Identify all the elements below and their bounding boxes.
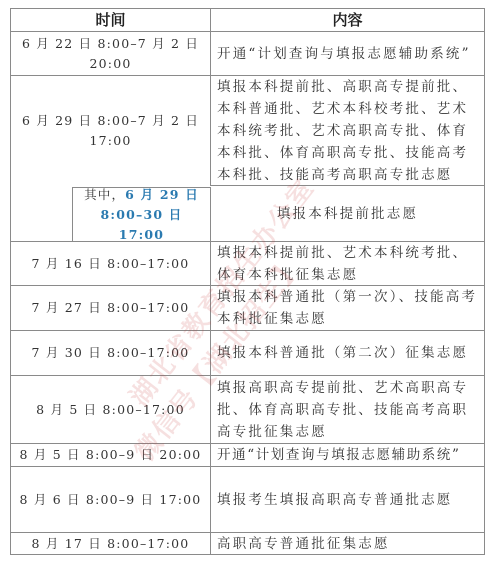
row-time: 8 月 5 日 8:00–17:00 bbox=[11, 376, 210, 443]
row-time: 8 月 6 日 8:00–9 日 17:00 bbox=[11, 467, 210, 532]
table-row: 8 月 6 日 8:00–9 日 17:00 填报考生填报高职高专普通批志愿 bbox=[11, 467, 484, 533]
row-content: 开通“计划查询与填报志愿辅助系统” bbox=[210, 32, 484, 75]
row-content: 开通“计划查询与填报志愿辅助系统” bbox=[210, 444, 484, 466]
row-time: 7 月 16 日 8:00–17:00 bbox=[11, 242, 210, 285]
row-content: 填报本科普通批（第二次）征集志愿 bbox=[210, 331, 484, 375]
table-row: 7 月 30 日 8:00–17:00 填报本科普通批（第二次）征集志愿 bbox=[11, 331, 484, 376]
row-content: 填报本科普通批（第一次）、技能高考本科批征集志愿 bbox=[210, 286, 484, 330]
row-content: 填报高职高专提前批、艺术高职高专批、体育高职高专批、技能高考高职高专批征集志愿 bbox=[210, 376, 484, 443]
table-row: 7 月 27 日 8:00–17:00 填报本科普通批（第一次）、技能高考本科批… bbox=[11, 286, 484, 331]
row-time: 6 月 22 日 8:00–7 月 2 日 20:00 bbox=[11, 32, 210, 75]
table-row: 7 月 16 日 8:00–17:00 填报本科提前批、艺术本科统考批、体育本科… bbox=[11, 242, 484, 286]
row-time: 8 月 17 日 8:00–17:00 bbox=[11, 533, 210, 555]
table-row: 8 月 5 日 8:00–17:00 填报高职高专提前批、艺术高职高专批、体育高… bbox=[11, 376, 484, 444]
table-row: 8 月 5 日 8:00–9 日 20:00 开通“计划查询与填报志愿辅助系统” bbox=[11, 444, 484, 467]
table-row: 6 月 29 日 8:00–7 月 2 日 17:00 填报本科提前批、高职高专… bbox=[11, 76, 484, 242]
header-content: 内容 bbox=[210, 9, 484, 31]
header-time: 时间 bbox=[11, 9, 210, 31]
row-time: 7 月 30 日 8:00–17:00 bbox=[11, 331, 210, 375]
row-content: 填报考生填报高职高专普通批志愿 bbox=[210, 467, 484, 532]
table-header: 时间 内容 bbox=[11, 9, 484, 32]
row-time: 6 月 29 日 8:00–7 月 2 日 17:00 bbox=[11, 76, 210, 186]
row-time: 8 月 5 日 8:00–9 日 20:00 bbox=[11, 444, 210, 466]
table-row: 6 月 22 日 8:00–7 月 2 日 20:00 开通“计划查询与填报志愿… bbox=[11, 32, 484, 76]
table-row: 8 月 17 日 8:00–17:00 高职高专普通批征集志愿 bbox=[11, 533, 484, 555]
sub-row-content: 填报本科提前批志愿 bbox=[210, 187, 484, 241]
row-content: 填报本科提前批、艺术本科统考批、体育本科批征集志愿 bbox=[210, 242, 484, 285]
row-content: 填报本科提前批、高职高专提前批、本科普通批、艺术本科校考批、艺术本科统考批、艺术… bbox=[210, 76, 484, 186]
sub-row-time-prefix: 其中， bbox=[84, 187, 125, 202]
sub-row-time: 其中，6 月 29 日 8:00–30 日 17:00 bbox=[72, 187, 210, 241]
schedule-table: 时间 内容 6 月 22 日 8:00–7 月 2 日 20:00 开通“计划查… bbox=[10, 8, 485, 555]
row-content: 高职高专普通批征集志愿 bbox=[210, 533, 484, 555]
row-time: 7 月 27 日 8:00–17:00 bbox=[11, 286, 210, 330]
